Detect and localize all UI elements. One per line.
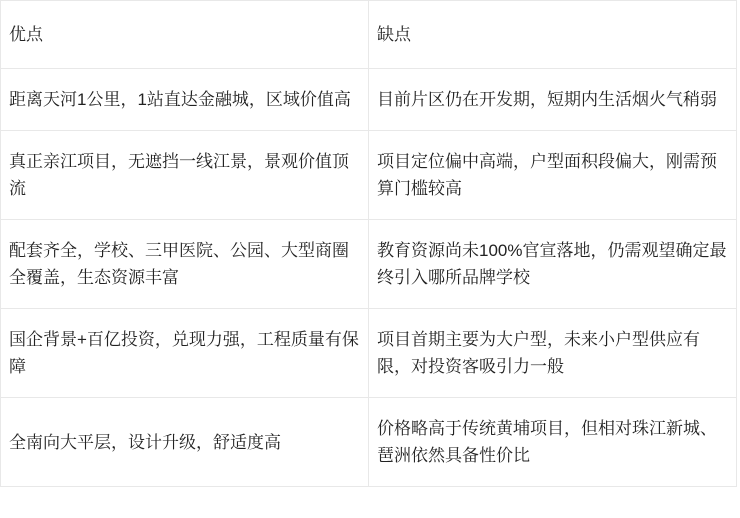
pros-cell: 配套齐全，学校、三甲医院、公园、大型商圈全覆盖，生态资源丰富 <box>1 220 369 309</box>
cons-cell: 项目定位偏中高端，户型面积段偏大，刚需预算门槛较高 <box>369 131 737 220</box>
table-row: 全南向大平层，设计升级，舒适度高 价格略高于传统黄埔项目，但相对珠江新城、琶洲依… <box>1 398 737 487</box>
cons-header-cell: 缺点 <box>369 1 737 69</box>
cons-cell: 教育资源尚未100%官宣落地，仍需观望确定最终引入哪所品牌学校 <box>369 220 737 309</box>
pros-cons-table: 优点 缺点 距离天河1公里，1站直达金融城，区域价值高 目前片区仍在开发期，短期… <box>0 0 737 487</box>
table-row: 国企背景+百亿投资，兑现力强，工程质量有保障 项目首期主要为大户型，未来小户型供… <box>1 309 737 398</box>
pros-cell: 国企背景+百亿投资，兑现力强，工程质量有保障 <box>1 309 369 398</box>
table-header-row: 优点 缺点 <box>1 1 737 69</box>
pros-cell: 距离天河1公里，1站直达金融城，区域价值高 <box>1 69 369 131</box>
table-row: 距离天河1公里，1站直达金融城，区域价值高 目前片区仍在开发期，短期内生活烟火气… <box>1 69 737 131</box>
table-row: 配套齐全，学校、三甲医院、公园、大型商圈全覆盖，生态资源丰富 教育资源尚未100… <box>1 220 737 309</box>
pros-header-cell: 优点 <box>1 1 369 69</box>
cons-cell: 项目首期主要为大户型，未来小户型供应有限，对投资客吸引力一般 <box>369 309 737 398</box>
table-row: 真正亲江项目，无遮挡一线江景，景观价值顶流 项目定位偏中高端，户型面积段偏大，刚… <box>1 131 737 220</box>
cons-cell: 目前片区仍在开发期，短期内生活烟火气稍弱 <box>369 69 737 131</box>
pros-cell: 真正亲江项目，无遮挡一线江景，景观价值顶流 <box>1 131 369 220</box>
pros-cell: 全南向大平层，设计升级，舒适度高 <box>1 398 369 487</box>
cons-cell: 价格略高于传统黄埔项目，但相对珠江新城、琶洲依然具备性价比 <box>369 398 737 487</box>
